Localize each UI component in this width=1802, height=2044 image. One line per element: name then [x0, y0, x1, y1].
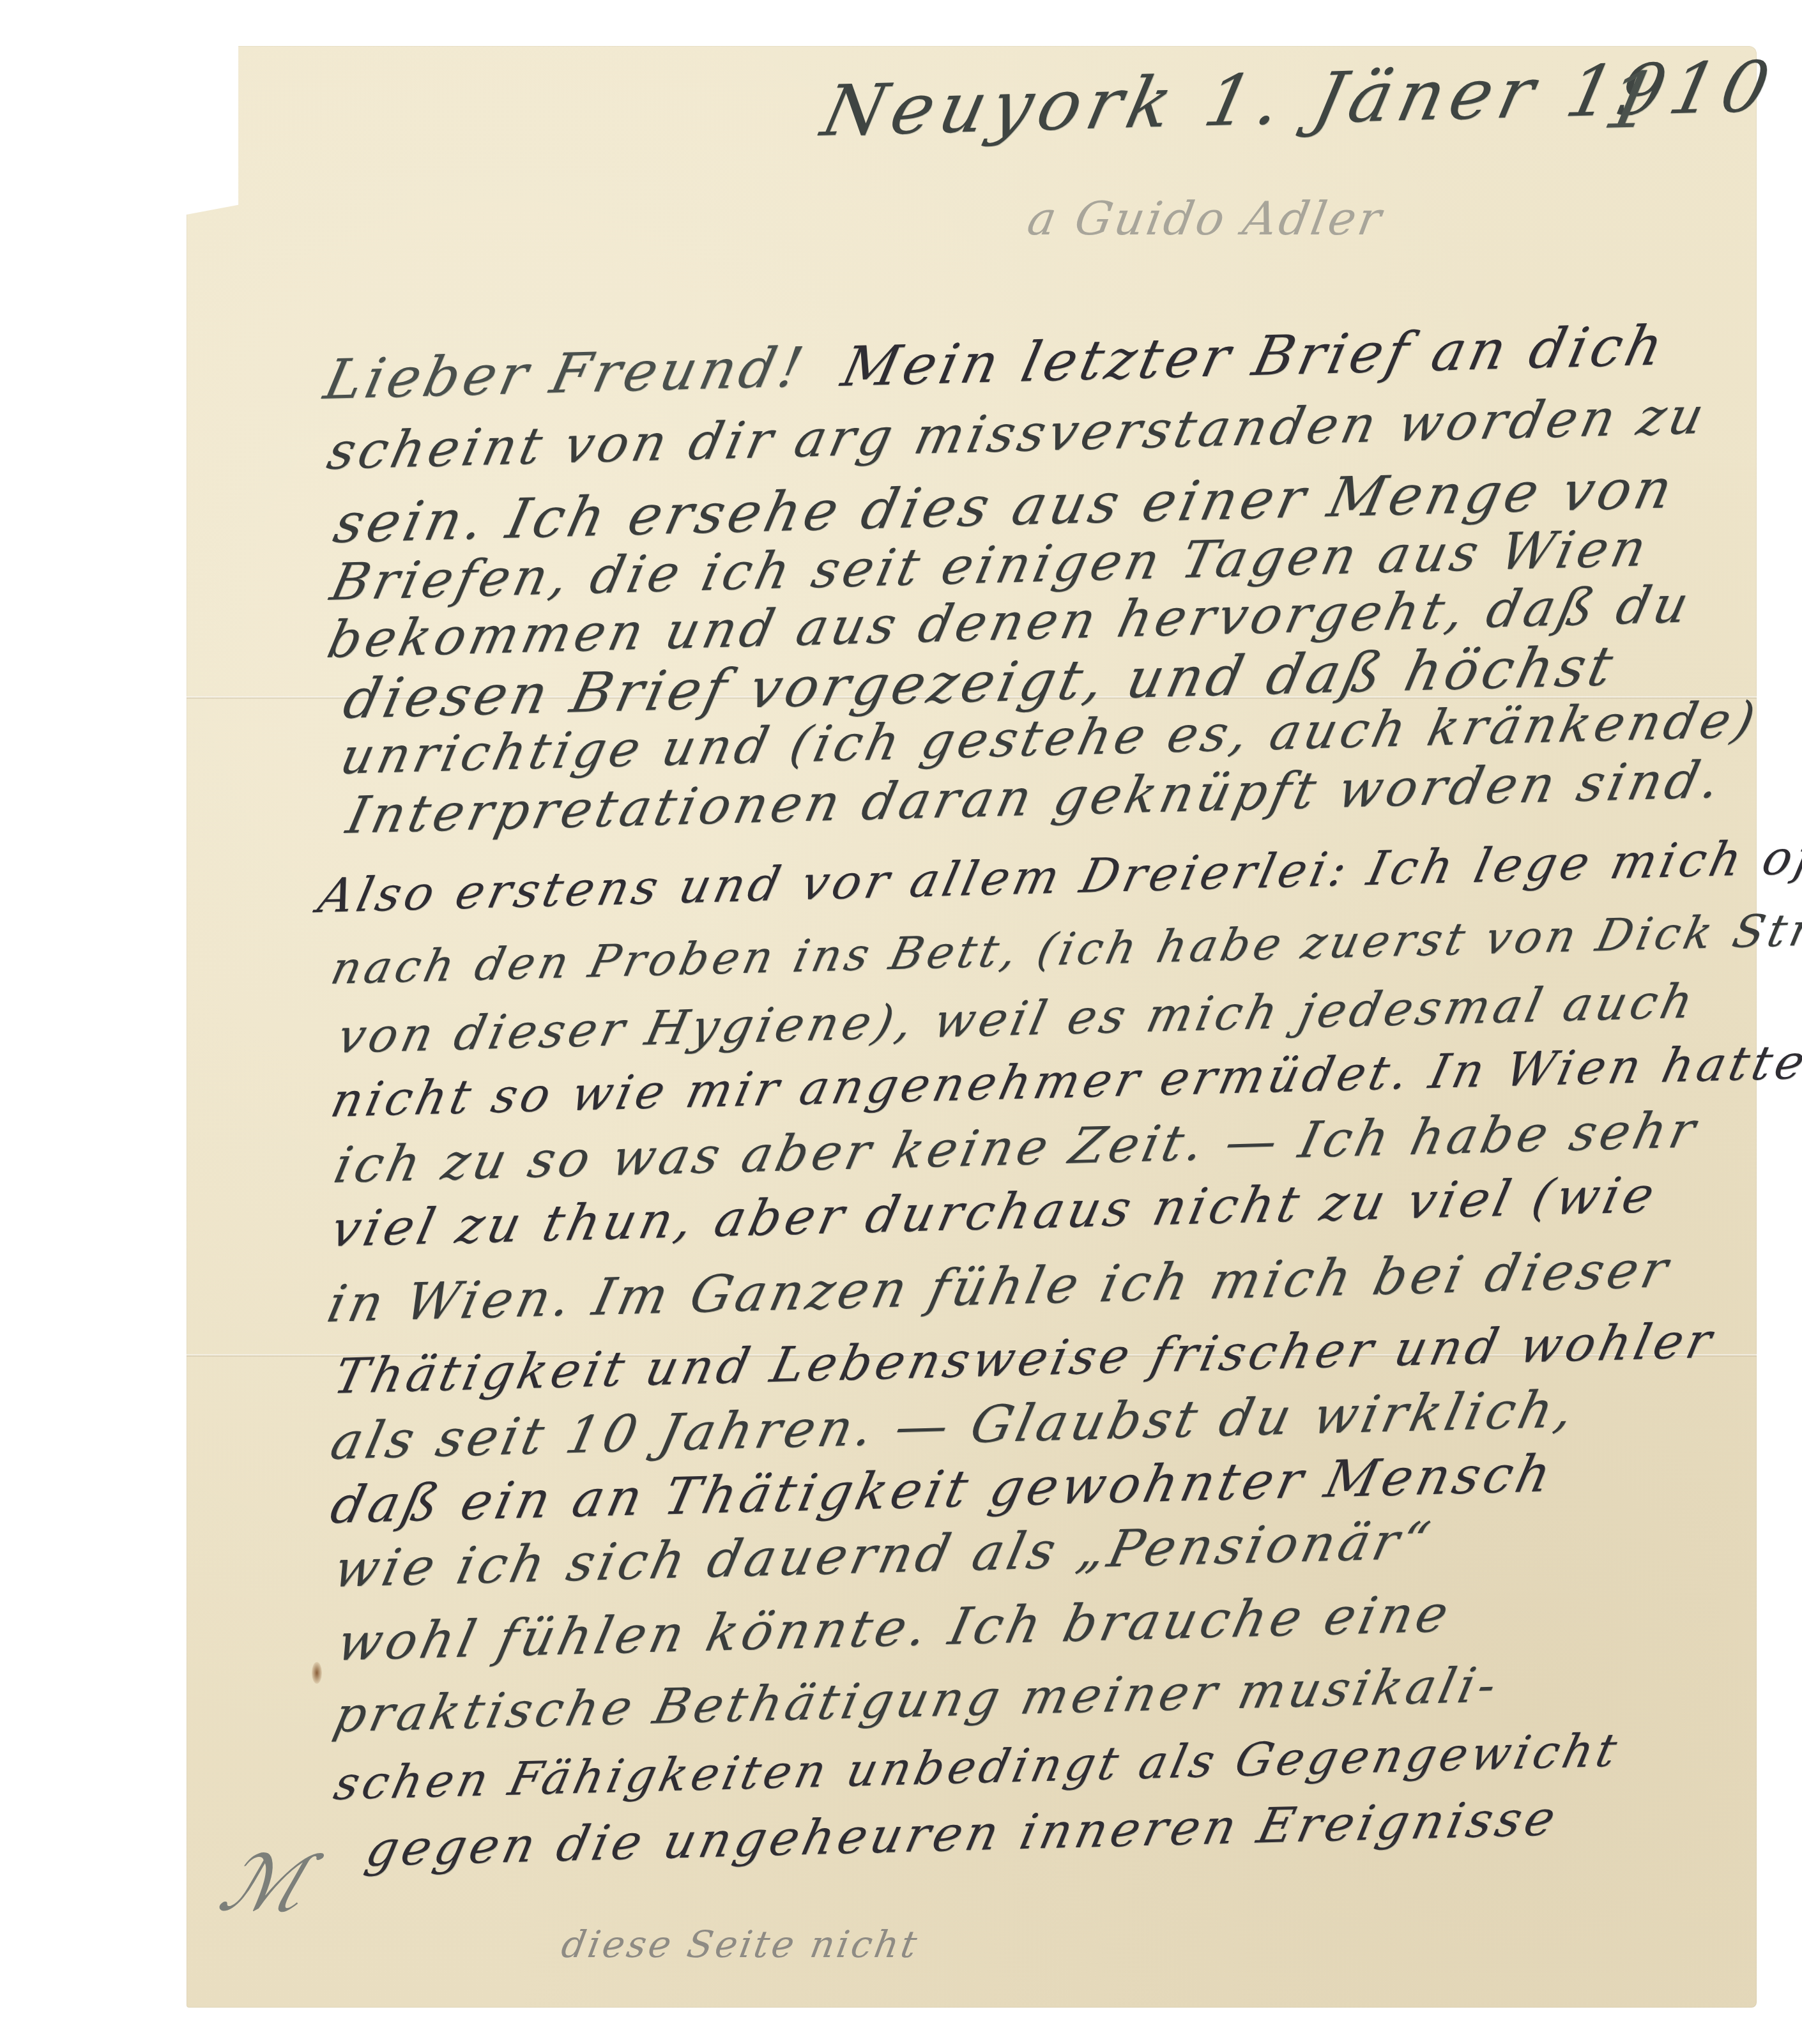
pencil-annotation-bottom: diese Seite nicht [558, 1923, 922, 1966]
salutation: Lieber Freund! [319, 335, 813, 411]
pencil-annotation-recipient: a Guido Adler [1024, 192, 1388, 245]
ink-stain [312, 1662, 322, 1684]
